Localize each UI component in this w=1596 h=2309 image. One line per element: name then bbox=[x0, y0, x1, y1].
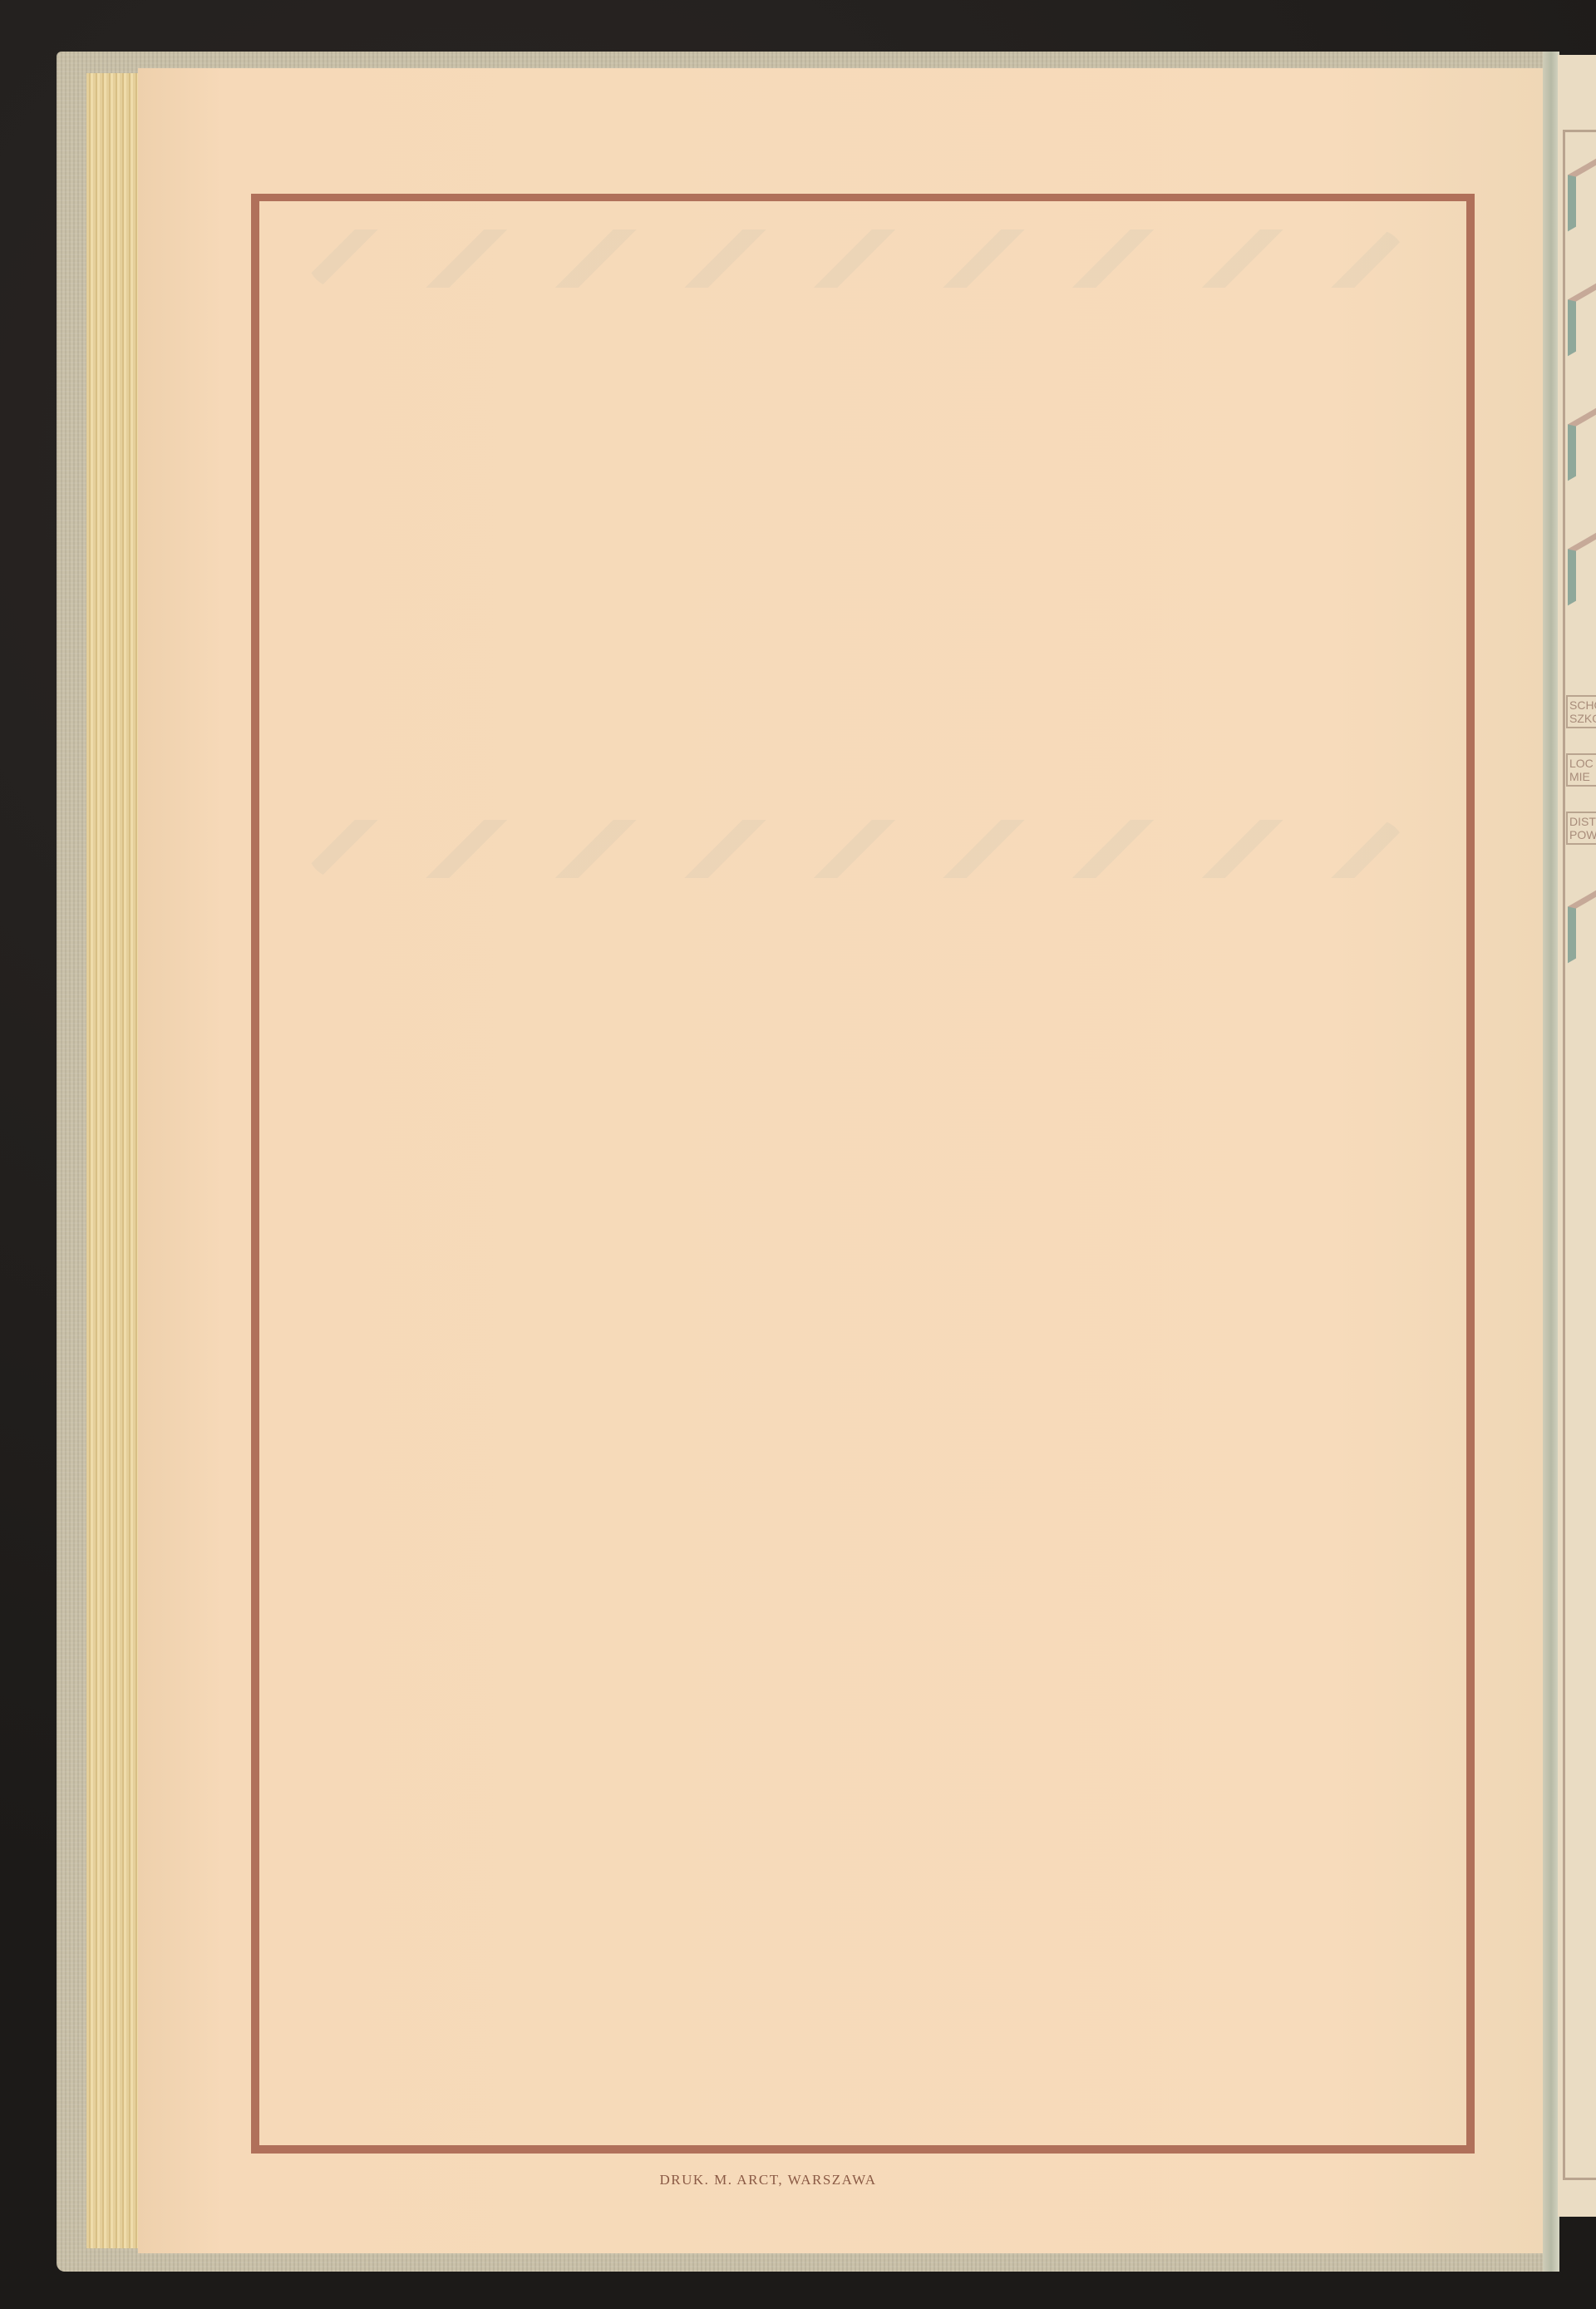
facing-page-edge: SCHO SZKO LOC MIE DIST POW bbox=[1558, 55, 1596, 2217]
printer-imprint: DRUK. M. ARCT, WARSZAWA bbox=[0, 2172, 1596, 2188]
facing-label-2-line1: LOC bbox=[1569, 757, 1596, 770]
facing-label-3: DIST POW bbox=[1566, 812, 1596, 845]
facing-label-1: SCHO SZKO bbox=[1566, 695, 1596, 728]
facing-label-1-line2: SZKO bbox=[1569, 712, 1596, 725]
facing-label-2-line2: MIE bbox=[1569, 770, 1596, 783]
facing-label-2: LOC MIE bbox=[1566, 753, 1596, 787]
facing-label-1-line1: SCHO bbox=[1569, 698, 1596, 712]
facing-label-3-line2: POW bbox=[1569, 828, 1596, 841]
facing-label-3-line1: DIST bbox=[1569, 815, 1596, 828]
book-gutter bbox=[1543, 52, 1559, 2272]
decorative-page-frame bbox=[251, 194, 1475, 2154]
imprint-text: DRUK. M. ARCT, WARSZAWA bbox=[659, 2172, 876, 2188]
